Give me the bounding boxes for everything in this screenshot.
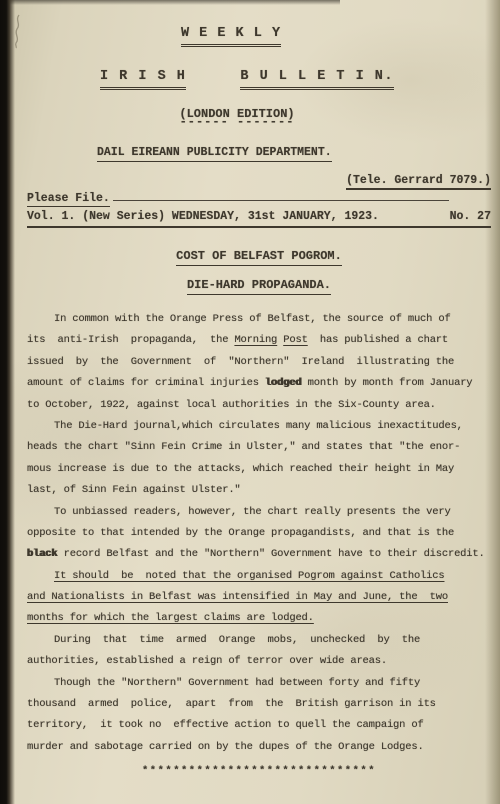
body-line: In common with the Orange Press of Belfa… [27,309,491,330]
body-line: mous increase is due to the attacks, whi… [27,459,491,480]
body-text: has published a chart [308,334,448,346]
body-text: amount of claims for criminal injuries [27,377,265,389]
please-file-line: Please File. [27,192,491,207]
body-line: authorities, established a reign of terr… [27,651,491,672]
page-content: W E E K L Y I R I S H B U L L E T I N. (… [27,0,491,777]
masthead-title-weekly-text: W E E K L Y [181,26,281,47]
emphasized-text: months for which the largest claims are … [27,612,314,624]
body-text: its anti-Irish propaganda, the [27,334,234,346]
body-line: black record Belfast and the "Northern" … [27,544,491,565]
morning-post-underlined: Post [283,334,307,346]
smudged-word: black [27,548,58,560]
pencil-squiggle-mark [11,12,25,50]
body-line: its anti-Irish propaganda, the Morning P… [27,330,491,351]
body-line: issued by the Government of "Northern" I… [27,352,491,373]
body-line: opposite to that intended by the Orange … [27,523,491,544]
article-headline: COST OF BELFAST POGROM. [27,249,491,266]
body-text: record Belfast and the "Northern" Govern… [58,548,485,560]
body-line: The Die-Hard journal,which circulates ma… [27,416,491,437]
masthead-title-irish: I R I S H [100,69,186,90]
binding-edge [0,0,15,804]
morning-post-underlined: Morning [234,334,277,346]
article-headline-text: COST OF BELFAST POGROM. [176,249,342,266]
body-line: During that time armed Orange mobs, unch… [27,630,491,651]
masthead-title-irish-bulletin: I R I S H B U L L E T I N. [27,69,467,90]
article-body: In common with the Orange Press of Belfa… [27,309,491,777]
please-file-label: Please File. [27,192,110,207]
body-line: thousand armed police, apart from the Br… [27,694,491,715]
body-line: last, of Sinn Fein against Ulster." [27,480,491,501]
body-line-underlined: and Nationalists in Belfast was intensif… [27,587,491,608]
emphasized-text: It should be noted that the organised Po… [54,570,444,582]
article-subheadline-text: DIE-HARD PROPAGANDA. [187,278,331,295]
telephone-line: (Tele. Gerrard 7079.) [27,174,491,190]
article-subheadline: DIE-HARD PROPAGANDA. [27,278,491,295]
emphasized-text: and Nationalists in Belfast was intensif… [27,591,448,603]
horizontal-rule [113,200,449,201]
body-line: To unbiassed readers, however, the chart… [27,502,491,523]
edition-underline: ------ ------- [27,117,447,127]
document-page: W E E K L Y I R I S H B U L L E T I N. (… [0,0,500,804]
department-line: DAIL EIREANN PUBLICITY DEPARTMENT. [97,146,491,162]
asterisk-separator: ****************************** [27,765,491,777]
masthead-title-weekly: W E E K L Y [27,0,435,47]
body-line: amount of claims for criminal injuries l… [27,373,491,394]
body-line-underlined: It should be noted that the organised Po… [27,566,491,587]
telephone-number: (Tele. Gerrard 7079.) [346,174,491,190]
body-text: month by month from January [302,377,473,389]
department-name: DAIL EIREANN PUBLICITY DEPARTMENT. [97,146,332,162]
body-line: territory, it took no effective action t… [27,715,491,736]
body-line: murder and sabotage carried on by the du… [27,737,491,758]
body-line: to October, 1922, against local authorit… [27,395,491,416]
body-line-underlined: months for which the largest claims are … [27,608,491,629]
issue-number: No. 27 [450,210,491,223]
volume-issue-line: Vol. 1. (New Series) WEDNESDAY, 31st JAN… [27,210,491,228]
body-line: Though the "Northern" Government had bet… [27,673,491,694]
body-line: heads the chart "Sinn Fein Crime in Ulst… [27,437,491,458]
smudged-word: lodged [265,377,302,389]
masthead-title-bulletin: B U L L E T I N. [240,69,394,90]
volume-date-label: Vol. 1. (New Series) WEDNESDAY, 31st JAN… [27,210,379,223]
